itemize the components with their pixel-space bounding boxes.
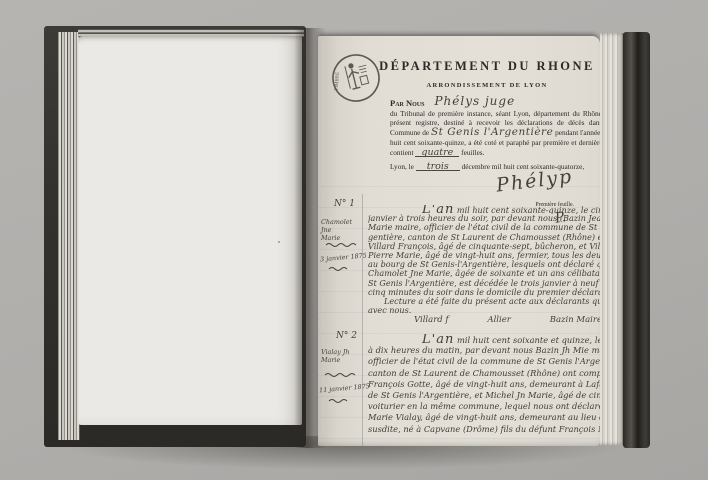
record-1-number: N° 1 [334,199,355,209]
record-line: Pierre Marie, âgé de vingt-huit ans, fer… [368,251,600,260]
record-1-signatures: Villard f Allier Bazin Maire [414,315,600,325]
record-line: de St Genis l'Argentière, et Michel Jn M… [368,390,600,401]
record-line: voiturier en la même commune, lequel nou… [368,401,600,412]
sheet-count-handwritten: quatre [421,147,453,158]
record-line: St Genis l'Argentière, est décédée le tr… [368,279,600,288]
dateline-prefix: Lyon, le [390,162,414,171]
record-line: janvier à trois heures du soir, par deva… [368,214,600,223]
margin-flourish [324,372,356,378]
margin-name-line1: Vialay Jh [321,348,350,356]
record-line: gentière, canton de St Laurent de Chamou… [368,233,600,242]
record-2-body: L'an mil huit cent soixante et quinze, l… [368,334,600,435]
preamble-paragraph: Par NousPhélys juge du Tribunal de premi… [390,98,600,157]
dateline-day-handwritten: trois [427,161,449,172]
record-2-number: N° 2 [336,331,357,341]
right-page: TIMBRE DÉPARTEMENT DU RHONE ARRONDISSEME… [318,36,600,446]
record-line: susdite, né à Capvane (Drôme) fils du dé… [368,424,600,435]
dateline-blank: trois [416,163,460,171]
record-1-body: L'an mil huit cent soixante-quinze, le c… [368,205,600,315]
record-line: cinq minutes du soir dans le domicile du… [368,288,600,297]
record-line: Chamolet Jne Marie, âgée de soixante et … [368,269,600,278]
record-2-margin-name: Vialay Jh Marie [321,348,363,364]
record-line: au bourg de St Genis-l'Argentière, lesqu… [368,260,600,269]
page-stack-left-edge [58,32,80,440]
record-line: L'an mil huit cent soixante et quinze, l… [368,334,600,345]
page-title: DÉPARTEMENT DU RHONE [376,59,598,74]
record-line-text: mil huit cent soixante-quinze, le cinq [457,205,600,214]
margin-name-line2: Marie [321,234,340,242]
scanned-register-photo: TIMBRE DÉPARTEMENT DU RHONE ARRONDISSEME… [0,0,708,480]
paper-speck [278,241,280,243]
record-opening: L'an [422,334,454,345]
signature-mayor: Bazin Maire [550,315,600,325]
record-line: Villard François, âgé de cinquante-sept,… [368,242,600,251]
record-line: à dix heures du matin, par devant nous B… [368,345,600,356]
record-line: Marie Vialay, âgé de vingt-huit ans, dem… [368,412,600,423]
record-1-margin-name: Chamolet Jne Marie [321,218,363,242]
record-line-text: mil huit cent soixante et quinze, le onz… [457,335,600,345]
preamble-body-3: feuilles. [461,148,484,157]
record-line: Marie maire, officier de l'état civil de… [368,223,600,232]
signature-declarant-2: Allier [487,315,510,325]
revenue-stamp-icon: TIMBRE [324,46,387,109]
margin-flourish [328,398,352,404]
page-stack-fore-edge [600,33,624,445]
left-page-blank [78,36,302,425]
record-line: avec nous. [368,306,600,315]
signature-declarant-1: Villard f [414,315,449,325]
record-line: officier de l'état civil de la commune d… [368,356,600,367]
par-nous-label: Par Nous [390,98,424,108]
margin-flourish [328,266,352,272]
record-line: L'an mil huit cent soixante-quinze, le c… [368,205,600,214]
record-opening: L'an [422,205,454,214]
record-line: canton de St Laurent de Chamousset (Rhôn… [368,368,600,379]
commune-name-handwritten: St Genis l'Argentière [431,126,553,138]
revenue-stamp: TIMBRE [324,46,387,109]
record-line: Lecture a été faite du présent acte aux … [368,297,600,306]
book-cover-right [623,32,650,448]
margin-flourish [325,242,357,248]
margin-name-line2: Marie [321,356,340,364]
margin-name-line1: Chamolet Jne [321,218,352,234]
judge-name-handwritten: Phélys juge [434,94,515,108]
sheet-count-blank: quatre [415,149,459,157]
page-subtitle: ARRONDISSEMENT DE LYON [376,82,598,89]
record-line: François Gotte, âgé de vingt-huit ans, d… [368,379,600,390]
